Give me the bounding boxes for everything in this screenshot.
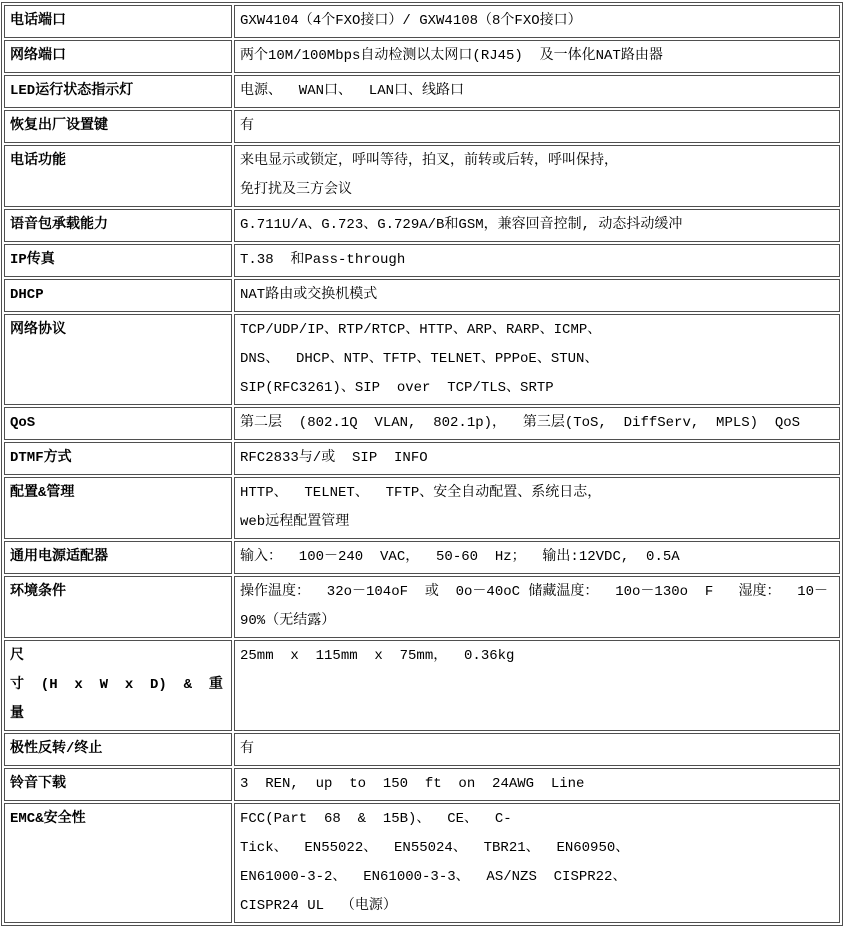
spec-label: DTMF方式 bbox=[4, 442, 232, 475]
spec-label: 网络端口 bbox=[4, 40, 232, 73]
table-row: 恢复出厂设置键 有 bbox=[4, 110, 840, 143]
table-row: LED运行状态指示灯 电源、 WAN口、 LAN口、线路口 bbox=[4, 75, 840, 108]
spec-table-body: 电话端口 GXW4104（4个FXO接口）/ GXW4108（8个FXO接口） … bbox=[4, 5, 840, 923]
spec-value: NAT路由或交换机模式 bbox=[234, 279, 840, 312]
spec-value: TCP/UDP/IP、RTP/RTCP、HTTP、ARP、RARP、ICMP、 … bbox=[234, 314, 840, 405]
spec-label: EMC&安全性 bbox=[4, 803, 232, 923]
table-row: 铃音下载 3 REN, up to 150 ft on 24AWG Line bbox=[4, 768, 840, 801]
spec-value: 输入： 100－240 VAC， 50-60 Hz； 输出:12VDC, 0.5… bbox=[234, 541, 840, 574]
spec-label: 电话端口 bbox=[4, 5, 232, 38]
spec-value: T.38 和Pass-through bbox=[234, 244, 840, 277]
spec-label: 环境条件 bbox=[4, 576, 232, 638]
spec-page: 电话端口 GXW4104（4个FXO接口）/ GXW4108（8个FXO接口） … bbox=[0, 0, 846, 928]
spec-label: DHCP bbox=[4, 279, 232, 312]
spec-label: 铃音下载 bbox=[4, 768, 232, 801]
spec-label: IP传真 bbox=[4, 244, 232, 277]
spec-value: 两个10M/100Mbps自动检测以太网口(RJ45) 及一体化NAT路由器 bbox=[234, 40, 840, 73]
spec-value: RFC2833与/或 SIP INFO bbox=[234, 442, 840, 475]
table-row: 电话端口 GXW4104（4个FXO接口）/ GXW4108（8个FXO接口） bbox=[4, 5, 840, 38]
spec-label: 语音包承载能力 bbox=[4, 209, 232, 242]
spec-label: 恢复出厂设置键 bbox=[4, 110, 232, 143]
spec-label: 网络协议 bbox=[4, 314, 232, 405]
spec-label: QoS bbox=[4, 407, 232, 440]
table-row: DTMF方式 RFC2833与/或 SIP INFO bbox=[4, 442, 840, 475]
table-row: IP传真 T.38 和Pass-through bbox=[4, 244, 840, 277]
spec-value: 操作温度： 32o－104oF 或 0o－40oC 储藏温度： 10o－130o… bbox=[234, 576, 840, 638]
spec-label: 电话功能 bbox=[4, 145, 232, 207]
spec-value: GXW4104（4个FXO接口）/ GXW4108（8个FXO接口） bbox=[234, 5, 840, 38]
spec-value: 25mm x 115mm x 75mm， 0.36kg bbox=[234, 640, 840, 731]
spec-value: 第二层 (802.1Q VLAN, 802.1p)， 第三层(ToS, Diff… bbox=[234, 407, 840, 440]
table-row: 环境条件 操作温度： 32o－104oF 或 0o－40oC 储藏温度： 10o… bbox=[4, 576, 840, 638]
spec-value: 3 REN, up to 150 ft on 24AWG Line bbox=[234, 768, 840, 801]
table-row: EMC&安全性 FCC(Part 68 & 15B)、 CE、 C- Tick、… bbox=[4, 803, 840, 923]
spec-value: G.711U/A、G.723、G.729A/B和GSM，兼容回音控制, 动态抖动… bbox=[234, 209, 840, 242]
spec-value: 电源、 WAN口、 LAN口、线路口 bbox=[234, 75, 840, 108]
spec-value: 有 bbox=[234, 733, 840, 766]
spec-label: 配置&管理 bbox=[4, 477, 232, 539]
spec-label: 通用电源适配器 bbox=[4, 541, 232, 574]
table-row: 尺 寸 (H x W x D) & 重 量 25mm x 115mm x 75m… bbox=[4, 640, 840, 731]
table-row: 网络协议 TCP/UDP/IP、RTP/RTCP、HTTP、ARP、RARP、I… bbox=[4, 314, 840, 405]
spec-label: 尺 寸 (H x W x D) & 重 量 bbox=[4, 640, 232, 731]
table-row: 网络端口 两个10M/100Mbps自动检测以太网口(RJ45) 及一体化NAT… bbox=[4, 40, 840, 73]
spec-value: FCC(Part 68 & 15B)、 CE、 C- Tick、 EN55022… bbox=[234, 803, 840, 923]
spec-label: LED运行状态指示灯 bbox=[4, 75, 232, 108]
table-row: 电话功能 来电显示或锁定，呼叫等待，拍叉，前转或后转，呼叫保持， 免打扰及三方会… bbox=[4, 145, 840, 207]
table-row: 配置&管理 HTTP、 TELNET、 TFTP、安全自动配置、系统日志， we… bbox=[4, 477, 840, 539]
table-row: 极性反转/终止 有 bbox=[4, 733, 840, 766]
table-row: 语音包承载能力 G.711U/A、G.723、G.729A/B和GSM，兼容回音… bbox=[4, 209, 840, 242]
spec-value: HTTP、 TELNET、 TFTP、安全自动配置、系统日志， web远程配置管… bbox=[234, 477, 840, 539]
spec-table: 电话端口 GXW4104（4个FXO接口）/ GXW4108（8个FXO接口） … bbox=[1, 2, 843, 926]
spec-label: 极性反转/终止 bbox=[4, 733, 232, 766]
spec-value: 来电显示或锁定，呼叫等待，拍叉，前转或后转，呼叫保持， 免打扰及三方会议 bbox=[234, 145, 840, 207]
table-row: 通用电源适配器 输入： 100－240 VAC， 50-60 Hz； 输出:12… bbox=[4, 541, 840, 574]
table-row: QoS 第二层 (802.1Q VLAN, 802.1p)， 第三层(ToS, … bbox=[4, 407, 840, 440]
table-row: DHCP NAT路由或交换机模式 bbox=[4, 279, 840, 312]
spec-value: 有 bbox=[234, 110, 840, 143]
